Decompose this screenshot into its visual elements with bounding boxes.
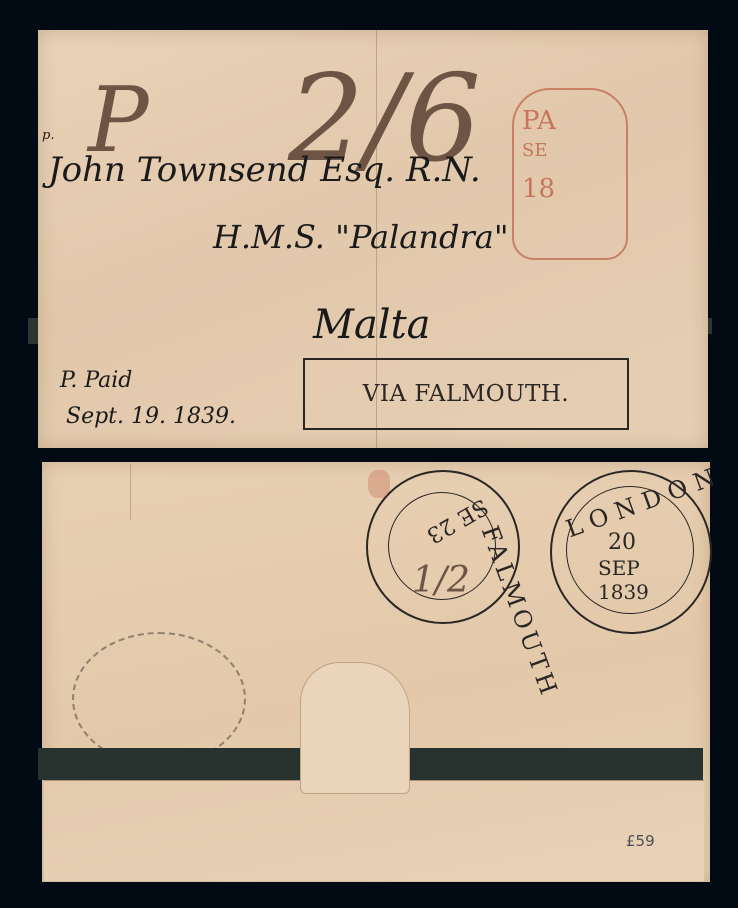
red-paid-handstamp: PA SE 18: [512, 88, 628, 260]
london-month: SEP: [598, 556, 640, 580]
partial-cds-left: [72, 632, 246, 766]
address-line-2: H.M.S. "Palandra": [213, 218, 509, 256]
paid-note-line-2: Sept. 19. 1839.: [66, 404, 236, 429]
per-prefix: p.: [42, 128, 54, 143]
via-falmouth-handstamp: VIA FALMOUTH.: [303, 358, 629, 430]
seal-band-right: [405, 748, 703, 780]
address-line-3: Malta: [313, 302, 431, 348]
lower-flap: [44, 780, 704, 881]
dealer-reference: £59: [626, 832, 655, 850]
london-day: 20: [608, 530, 636, 555]
seal-band-left: [38, 748, 300, 780]
london-year: 1839: [598, 580, 649, 604]
address-line-1: John Townsend Esq. R.N.: [48, 150, 481, 190]
seal-tear: [300, 662, 410, 794]
paid-note-line-1: P. Paid: [60, 368, 132, 393]
red-seal-trace: [368, 470, 390, 498]
falmouth-manuscript: 1/2: [412, 560, 470, 601]
